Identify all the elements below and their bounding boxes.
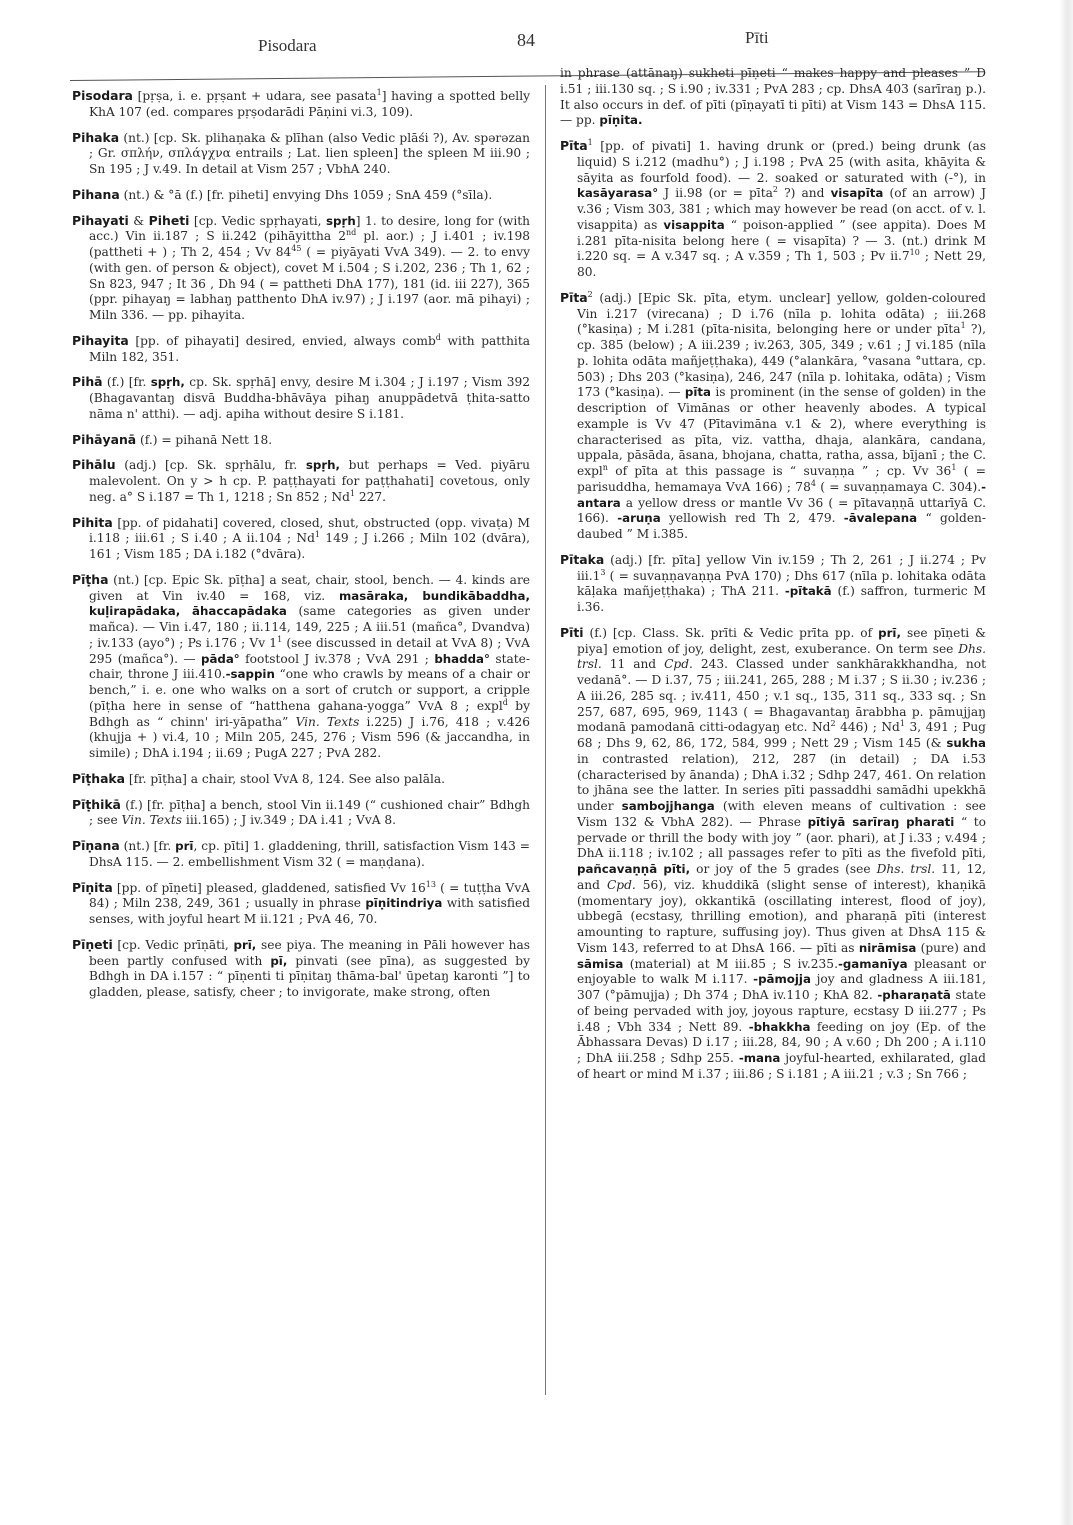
compound-subentry: -antara a yellow dress or mantle Vv 36 (… [577,480,986,541]
headword: Pihaka [72,130,119,145]
bold-term: visappita [663,218,724,232]
entry-continuation: in phrase (attānaŋ) sukheti pīṇeti “ mak… [560,66,986,129]
bold-term: prī, [878,626,901,640]
dictionary-entry: Pīṭha (nt.) [cp. Epic Sk. pīṭha] a seat,… [72,572,530,762]
bold-term: pīta [685,385,711,399]
superscript: d [503,698,508,707]
bold-term: -āvalepana [844,511,917,525]
bold-term: spṛh [326,214,356,228]
headword: Pihayita [72,333,129,348]
headword: Pihālu [72,457,116,472]
bold-term: sāmisa [577,957,623,971]
headword: Pihayati [72,213,129,228]
dictionary-entry: Pihālu (adj.) [cp. Sk. spṛhālu, fr. spṛh… [72,457,530,505]
bold-term: -gamanīya [838,957,908,971]
dictionary-entry: Pīta2 (adj.) [Epic Sk. pīta, etym. uncle… [560,290,986,543]
bold-term: pīṇita. [599,113,642,127]
bold-term: pī, [270,954,287,968]
column-divider [545,85,546,1395]
bold-term: pītiyā sarīraŋ pharati [808,815,955,829]
bold-term: masāraka, bundikābaddha, kuḷirapādaka, ā… [89,589,530,619]
headword: Pīta [560,138,588,153]
dictionary-entry: Pīṭhikā (f.) [fr. pīṭha] a bench, stool … [72,797,530,830]
headword: Pīṇeti [72,937,113,952]
dictionary-entry: Pītaka (adj.) [fr. pīta] yellow Vin iv.1… [560,552,986,616]
bold-term: nirāmisa [859,941,917,955]
bold-term: -pāmojja [753,972,811,986]
superscript: 1 [951,463,956,472]
superscript: 45 [291,244,301,253]
compound-subentry: -sappin “one who crawls by means of a ch… [89,667,530,760]
bold-term: -bhakkha [749,1020,811,1034]
dictionary-entry: Pihayati & Piheti [cp. Vedic spṛhayati, … [72,213,530,324]
page-number: 84 [517,30,535,51]
superscript: 13 [426,879,436,888]
dictionary-entry: Pihita [pp. of pidahati] covered, closed… [72,515,530,563]
bold-term: prī, [234,938,257,952]
superscript: n [603,463,608,472]
page-header: Pisodara 84 Pīti [60,28,990,58]
headword: Pīṇita [72,880,113,895]
bold-term: kasāyarasa° [577,186,658,200]
bold-term: sukha [946,736,986,750]
headword: Pīṭhikā [72,797,121,812]
bold-term: visapīta [831,186,884,200]
headword: Pīti [560,625,584,640]
superscript: d [436,333,441,342]
superscript: 4 [811,479,816,488]
right-guideword: Pīti [745,28,769,48]
superscript: 10 [910,248,920,257]
dictionary-entry: Pihayita [pp. of pihayati] desired, envi… [72,333,530,366]
superscript: 2 [588,290,593,299]
superscript: 2 [773,185,778,194]
headword: Pihana [72,187,120,202]
dictionary-entry: Pīṇeti [cp. Vedic prīṇāti, prī, see piya… [72,937,530,1001]
superscript: 1 [961,321,966,330]
bold-term: pīṇitindriya [365,896,442,910]
italic-ref: Cpd. [607,878,636,892]
italic-ref: Dhs. trsl. [877,862,936,876]
italic-ref: Vin. Texts [296,715,360,729]
headword: Pīṭhaka [72,771,125,786]
dictionary-entry: Pihāyanā (f.) = pihanā Nett 18. [72,432,530,449]
superscript: 1 [588,138,593,147]
headword: Pītaka [560,552,604,567]
left-column: Pisodara [pṛṣa, i. e. pṛṣant + udara, se… [72,88,530,1010]
dictionary-entry: Pihana (nt.) & °ā (f.) [fr. piheti] envy… [72,187,530,204]
superscript: 1 [277,635,282,644]
superscript: 1 [377,88,382,97]
dictionary-entry: Pīṇita [pp. of pīṇeti] pleased, gladdene… [72,880,530,928]
bold-term: spṛh, [151,375,185,389]
page-edge-shadow [1059,0,1073,1525]
bold-term: -antara [577,480,986,510]
dictionary-entry: Pīṭhaka [fr. pīṭha] a chair, stool VvA 8… [72,771,530,788]
bold-term: -sappin [226,667,275,681]
bold-term: -pharaṇatā [877,988,950,1002]
headword: Pīṇana [72,838,120,853]
bold-term: spṛh, [306,458,340,472]
headword: Pihā [72,374,103,389]
dictionary-entry: Pīṇana (nt.) [fr. prī, cp. pīti] 1. glad… [72,838,530,871]
italic-ref: Dhs. trsl. [577,642,986,672]
dictionary-entry: Pihaka (nt.) [cp. Sk. plihaṇaka & plīhan… [72,130,530,178]
headword: Pīta [560,290,588,305]
dictionary-entry: Pīta1 [pp. of pivati] 1. having drunk or… [560,138,986,281]
bold-term: -aruṇa [617,511,660,525]
superscript: 1 [315,530,320,539]
right-column: in phrase (attānaŋ) sukheti pīṇeti “ mak… [560,66,986,1092]
dictionary-entry: Pisodara [pṛṣa, i. e. pṛṣant + udara, se… [72,88,530,121]
headword: Pisodara [72,88,133,103]
headword: Piheti [149,213,190,228]
superscript: 1 [900,719,905,728]
bold-term: pāda° [201,652,240,666]
headword: Pīṭha [72,572,108,587]
bold-term: prī [175,839,193,853]
bold-term: -pītakā [785,584,832,598]
italic-ref: Cpd. [664,657,693,671]
superscript: nd [346,228,356,237]
headword: Pihita [72,515,113,530]
left-guideword: Pisodara [258,36,317,56]
bold-term: bhadda° [434,652,490,666]
dictionary-entry: Pihā (f.) [fr. spṛh, cp. Sk. spṛhā] envy… [72,374,530,422]
bold-term: sambojjhanga [622,799,715,813]
bold-term: pañcavaṇṇā pīti, [577,862,690,876]
headword: Pihāyanā [72,432,136,447]
bold-term: -mana [739,1051,781,1065]
superscript: 3 [600,567,605,576]
superscript: 1 [350,489,355,498]
compound-subentry: -gamanīya pleasant or enjoyable to walk … [577,957,986,1081]
italic-ref: Vin. Texts [122,813,183,827]
dictionary-entry: Pīti (f.) [cp. Class. Sk. prīti & Vedic … [560,625,986,1083]
superscript: 2 [830,719,835,728]
